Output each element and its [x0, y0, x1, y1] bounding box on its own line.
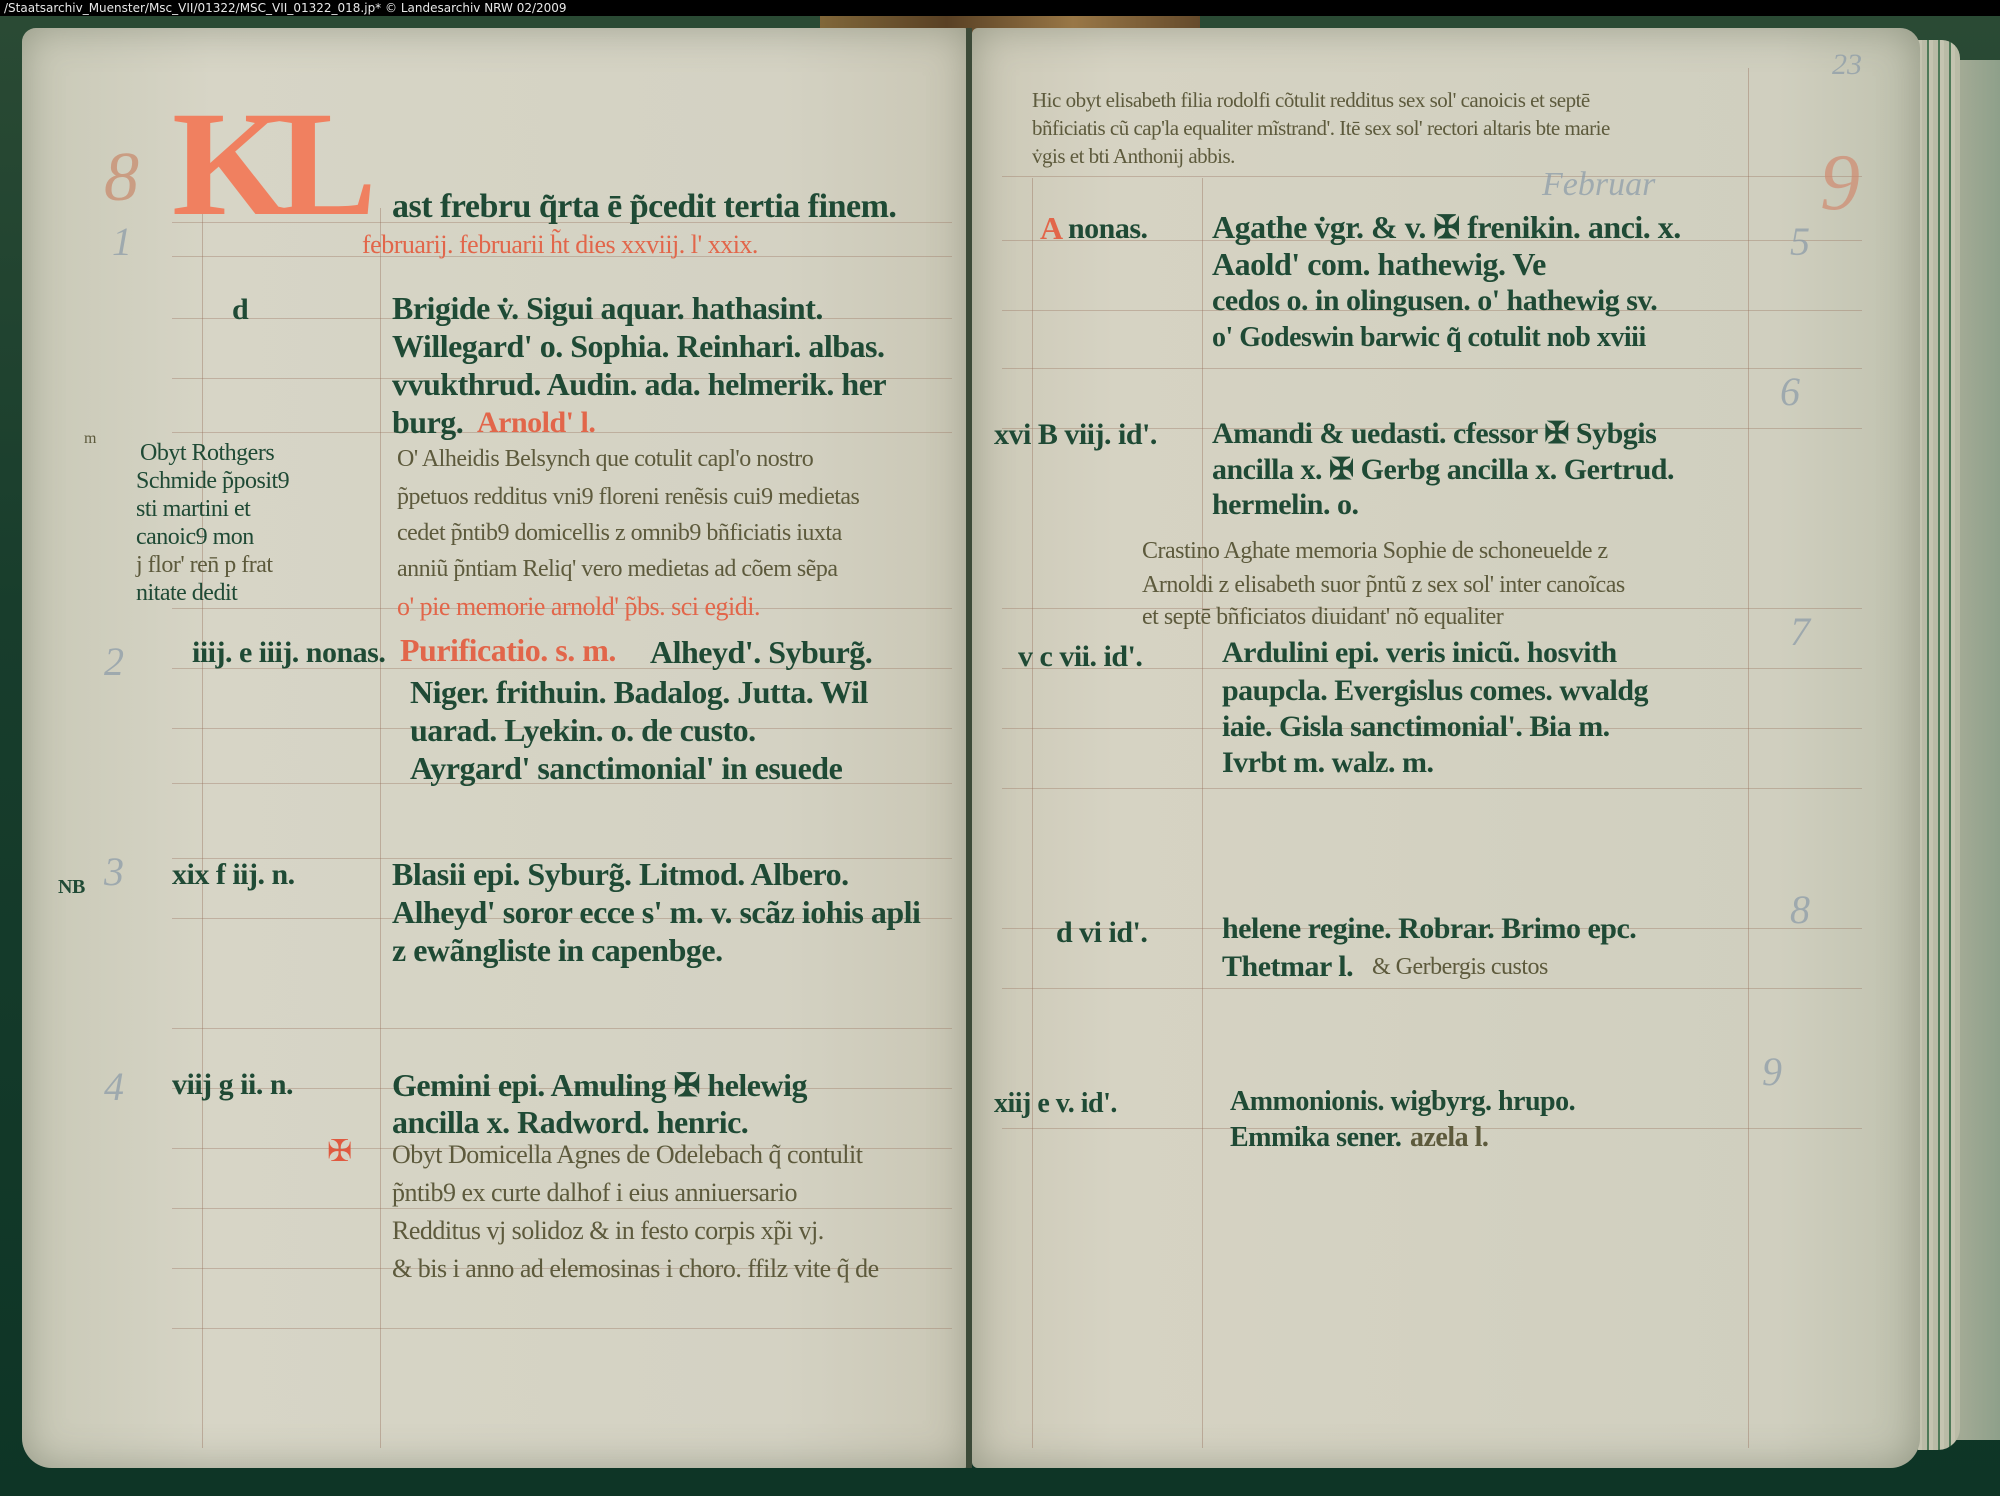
entry-line: burg.: [392, 404, 463, 441]
month-header: ast frebru q̃rta ē p̃cedit tertia finem.: [392, 188, 896, 226]
entry-line: iaie. Gisla sanctimonial'. Bia m.: [1222, 710, 1610, 744]
entry-line: Ammonionis. wigbyrg. hrupo.: [1230, 1086, 1575, 1118]
obit-line: p̃ntib9 ex curte dalhof i eius anniuersa…: [392, 1178, 797, 1208]
entry-line: hermelin. o.: [1212, 488, 1358, 522]
entry-line: ancilla x. ✠ Gerbg ancilla x. Gertrud.: [1212, 452, 1674, 487]
entry-line: Thetmar l.: [1222, 950, 1353, 984]
calendar-date: xix f iij. n.: [172, 858, 295, 892]
entry-line: ancilla x. Radword. henric.: [392, 1104, 748, 1141]
calendar-date: d vi id'.: [1056, 916, 1147, 950]
entry-line: cedos o. in olingusen. o' hathewig sv.: [1212, 284, 1657, 318]
side-note-line: Obyt Rothgers: [140, 440, 274, 467]
right-page: 23 9 Februar 5 6 7 8 9 Hic obyt elisabet…: [972, 28, 1920, 1468]
month-rubric: februarij. februarii h̃t dies xxviij. l'…: [362, 230, 758, 260]
margin-note: m: [84, 430, 96, 448]
entry-line: Brigide v̇. Sigui aquar. hathasint.: [392, 290, 823, 327]
window-title-bar: /Staatsarchiv_Muenster/Msc_VII/01322/MSC…: [0, 0, 2000, 16]
added-note: azela l.: [1410, 1122, 1488, 1154]
side-note-line: sti martini et: [136, 496, 250, 523]
entry-line: Alheyd' soror ecce s' m. v. scãz iohis a…: [392, 894, 920, 931]
entry-rubric: Arnold' l.: [477, 406, 595, 440]
calendar-date: xiij e v. id'.: [994, 1088, 1117, 1120]
decorated-initial-kl: KL: [172, 78, 365, 250]
entry-line: Gemini epi. Amuling ✠ helewig: [392, 1066, 807, 1104]
entry-line: Agathe v̇gr. & v. ✠ frenikin. anci. x.: [1212, 208, 1681, 246]
obit-line: & bis i anno ad elemosinas i choro. ffil…: [392, 1254, 879, 1284]
memorial-line: Crastino Aghate memoria Sophie de schone…: [1142, 538, 1608, 565]
side-note-line: Schmide p̃posit9: [136, 468, 289, 495]
folio-number-red: 9: [1820, 138, 1860, 229]
entry-line: uarad. Lyekin. o. de custo.: [410, 712, 756, 749]
added-note: & Gerbergis custos: [1372, 954, 1548, 981]
memorial-line: Arnoldi z elisabeth suor p̃ntũ z sex sol…: [1142, 572, 1625, 599]
obit-line: Obyt Domicella Agnes de Odelebach q̃ con…: [392, 1140, 862, 1170]
red-cross-icon: ✠: [327, 1134, 352, 1169]
calendar-date: d: [232, 293, 248, 327]
entry-line: Niger. frithuin. Badalog. Jutta. Wil: [410, 674, 868, 711]
margin-number: 1: [112, 218, 132, 265]
entry-line: paupcla. Evergislus comes. wvaldg: [1222, 674, 1648, 708]
window-title: /Staatsarchiv_Muenster/Msc_VII/01322/MSC…: [4, 1, 567, 15]
memorial-line: et septē bñficiatos diuidant' nõ equalit…: [1142, 604, 1503, 631]
margin-number: 6: [1780, 368, 1800, 415]
side-note-line: nitate dedit: [136, 580, 237, 607]
calendar-date: viij g ii. n.: [172, 1068, 293, 1102]
margin-number: 3: [104, 848, 124, 895]
top-obit-line: bñficiatis cũ cap'la equaliter mĩstrand'…: [1032, 116, 1610, 141]
obit-line: cedet p̃ntib9 domicellis z omnib9 bñfici…: [397, 520, 842, 547]
entry-line: Emmika sener.: [1230, 1122, 1401, 1154]
entry-line: Ivrbt m. walz. m.: [1222, 746, 1433, 780]
dominical-letter: A: [1040, 210, 1063, 247]
obit-line: p̃petuos redditus vni9 floreni renẽsis c…: [397, 484, 859, 511]
month-pencil-note: Februar: [1542, 166, 1655, 204]
left-page: 8 1 2 3 4 NB m KL ast frebru q̃rta ē p̃c…: [22, 28, 970, 1468]
calendar-date: xvi B viij. id'.: [994, 418, 1157, 452]
calendar-date: nonas.: [1068, 212, 1148, 246]
feast-rubric: Purificatio. s. m.: [400, 632, 616, 669]
folio-number-pencil: 23: [1832, 48, 1862, 82]
top-obit-line: Hic obyt elisabeth filia rodolfi cõtulit…: [1032, 88, 1590, 113]
entry-line: Alheyd'. Syburg̃.: [650, 634, 872, 671]
entry-line: helene regine. Robrar. Brimo epc.: [1222, 912, 1636, 946]
obit-line: Redditus vj solidoz & in festo corpis xp…: [392, 1216, 824, 1246]
calendar-date: iiij. e iiij. nonas.: [192, 636, 385, 670]
entry-line: z ewãngliste in capenbge.: [392, 932, 723, 969]
margin-number: 7: [1790, 608, 1810, 655]
obit-line: O' Alheidis Belsynch que cotulit capl'o …: [397, 446, 813, 473]
margin-number: 8: [1790, 886, 1810, 933]
entry-line: Blasii epi. Syburg̃. Litmod. Albero.: [392, 856, 849, 893]
margin-number: 5: [1790, 218, 1810, 265]
entry-line: Aaold' com. hathewig. Ve: [1212, 246, 1546, 283]
calendar-date: v c vii. id'.: [1018, 640, 1142, 674]
entry-line: Amandi & uedasti. cfessor ✠ Sybgis: [1212, 416, 1656, 451]
obit-rubric: o' pie memorie arnold' p̃bs. sci egidi.: [397, 592, 760, 622]
folio-number-pencil: 8: [104, 138, 139, 218]
side-note-line: canoic9 mon: [136, 524, 254, 551]
side-note-line: j flor' ren̄ p frat: [136, 552, 273, 579]
entry-line: Ardulini epi. veris inicũ. hosvith: [1222, 636, 1617, 670]
entry-line: vvukthrud. Audin. ada. helmerik. her: [392, 366, 886, 403]
entry-line: o' Godeswin barwic q̃ cotulit nob xviii: [1212, 322, 1646, 354]
margin-number: 9: [1762, 1048, 1782, 1095]
obit-line: anniũ p̃ntiam Reliq' vero medietas ad cõ…: [397, 556, 838, 583]
nota-bene-mark: NB: [58, 876, 85, 899]
margin-number: 2: [104, 638, 124, 685]
top-obit-line: v̇gis et bti Anthonij abbis.: [1032, 144, 1235, 169]
entry-line: Ayrgard' sanctimonial' in esuede: [410, 750, 842, 787]
entry-line: Willegard' o. Sophia. Reinhari. albas.: [392, 328, 885, 365]
margin-number: 4: [104, 1063, 124, 1110]
